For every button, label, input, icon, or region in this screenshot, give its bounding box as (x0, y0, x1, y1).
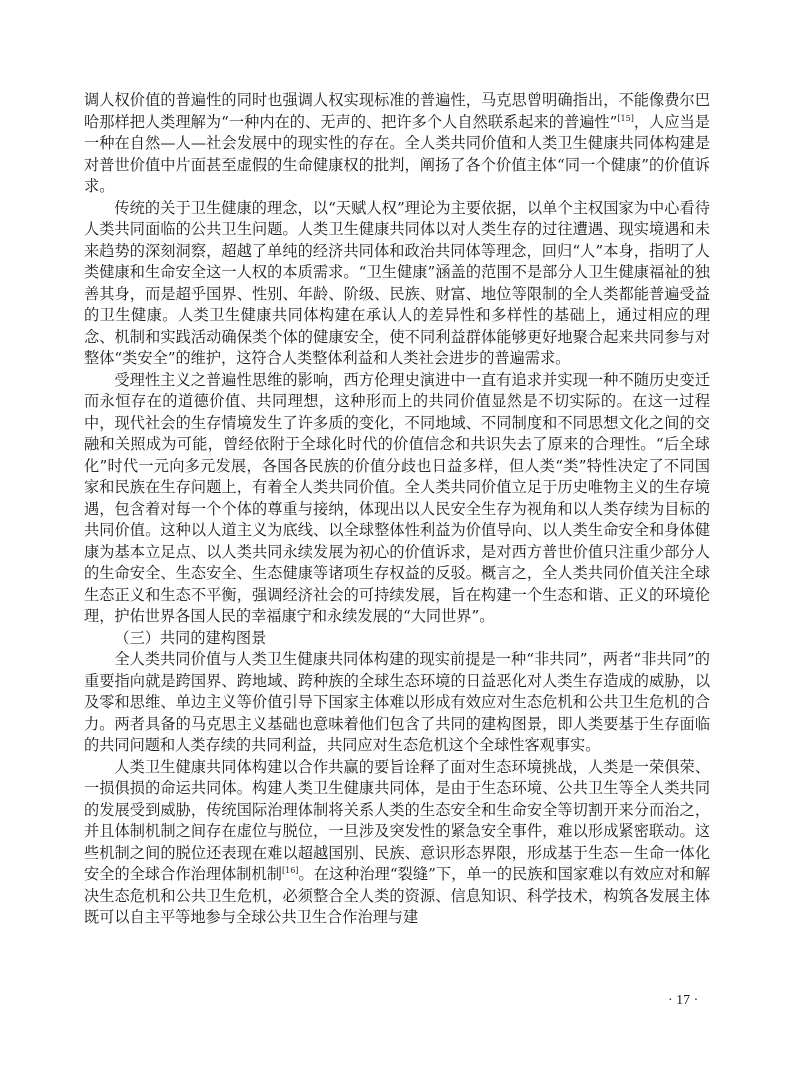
section-heading: （三）共同的建构图景 (84, 628, 710, 650)
paragraph: 全人类共同价值与人类卫生健康共同体构建的现实前提是一种“非共同”，两者“非共同”… (84, 649, 710, 757)
paragraph: 人类卫生健康共同体构建以合作共赢的要旨诠释了面对生态环境挑战，人类是一荣俱荣、一… (84, 757, 710, 929)
paragraph: 受理性主义之普遍性思维的影响，西方伦理史演进中一直有追求并实现一种不随历史变迁而… (84, 370, 710, 628)
document-body: 调人权价值的普遍性的同时也强调人权实现标准的普遍性，马克思曾明确指出，不能像费尔… (84, 90, 710, 929)
citation-ref: [15] (617, 114, 633, 123)
paragraph-continued: 调人权价值的普遍性的同时也强调人权实现标准的普遍性，马克思曾明确指出，不能像费尔… (84, 90, 710, 198)
paragraph-text: 调人权价值的普遍性的同时也强调人权实现标准的普遍性，马克思曾明确指出，不能像费尔… (84, 91, 710, 131)
paragraph: 传统的关于卫生健康的理念，以“天赋人权”理论为主要依据，以单个主权国家为中心看待… (84, 198, 710, 370)
citation-ref: [16] (282, 866, 298, 875)
page-number: · 17 · (668, 993, 698, 1009)
